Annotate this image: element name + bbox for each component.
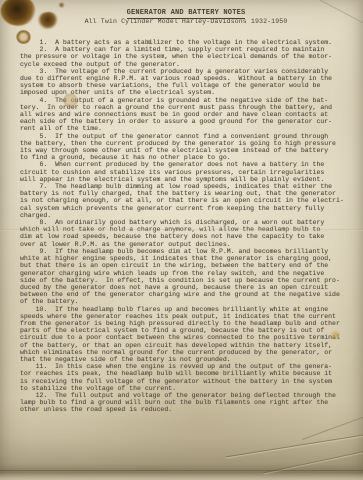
page-title: GENERATOR AND BATTERY NOTES [20,9,352,17]
fold-shadow-bottom [0,402,363,480]
note-item-2: 2. A battery can for a limited time, sup… [20,46,352,68]
page-subtitle: All Twin Cylinder Model Harley-Davidsons… [20,18,352,25]
crease-bottom-3 [302,415,363,440]
note-item-4: 4. The output of a generator is grounded… [20,97,352,133]
document-page: GENERATOR AND BATTERY NOTES All Twin Cyl… [0,0,363,480]
note-item-9: 9. If the headlamp bulb becomes dim at l… [20,248,352,306]
note-item-5: 5. If the output of the generator cannot… [20,133,352,162]
crease-bottom-1 [226,434,363,458]
note-item-3: 3. The voltage of the current produced b… [20,68,352,97]
stain-speck [58,2,65,8]
note-item-12: 12. The full output and voltage of the g… [20,392,352,414]
note-item-10: 10. If the headlamp bulb flares up and b… [20,306,352,364]
note-item-6: 6. When current produced by the generato… [20,161,352,183]
note-item-8: 8. An ordinarily good battery which is d… [20,219,352,248]
document-content: GENERATOR AND BATTERY NOTES All Twin Cyl… [20,9,352,414]
crease-bottom-edge [0,470,363,471]
note-item-7: 7. The headlamp bulb dimming at low road… [20,183,352,219]
document-body: 1. A battery acts as a stabilizer to the… [20,39,352,414]
note-item-11: 11. In this case when the engine is revv… [20,363,352,392]
crease-bottom-2 [263,450,363,474]
